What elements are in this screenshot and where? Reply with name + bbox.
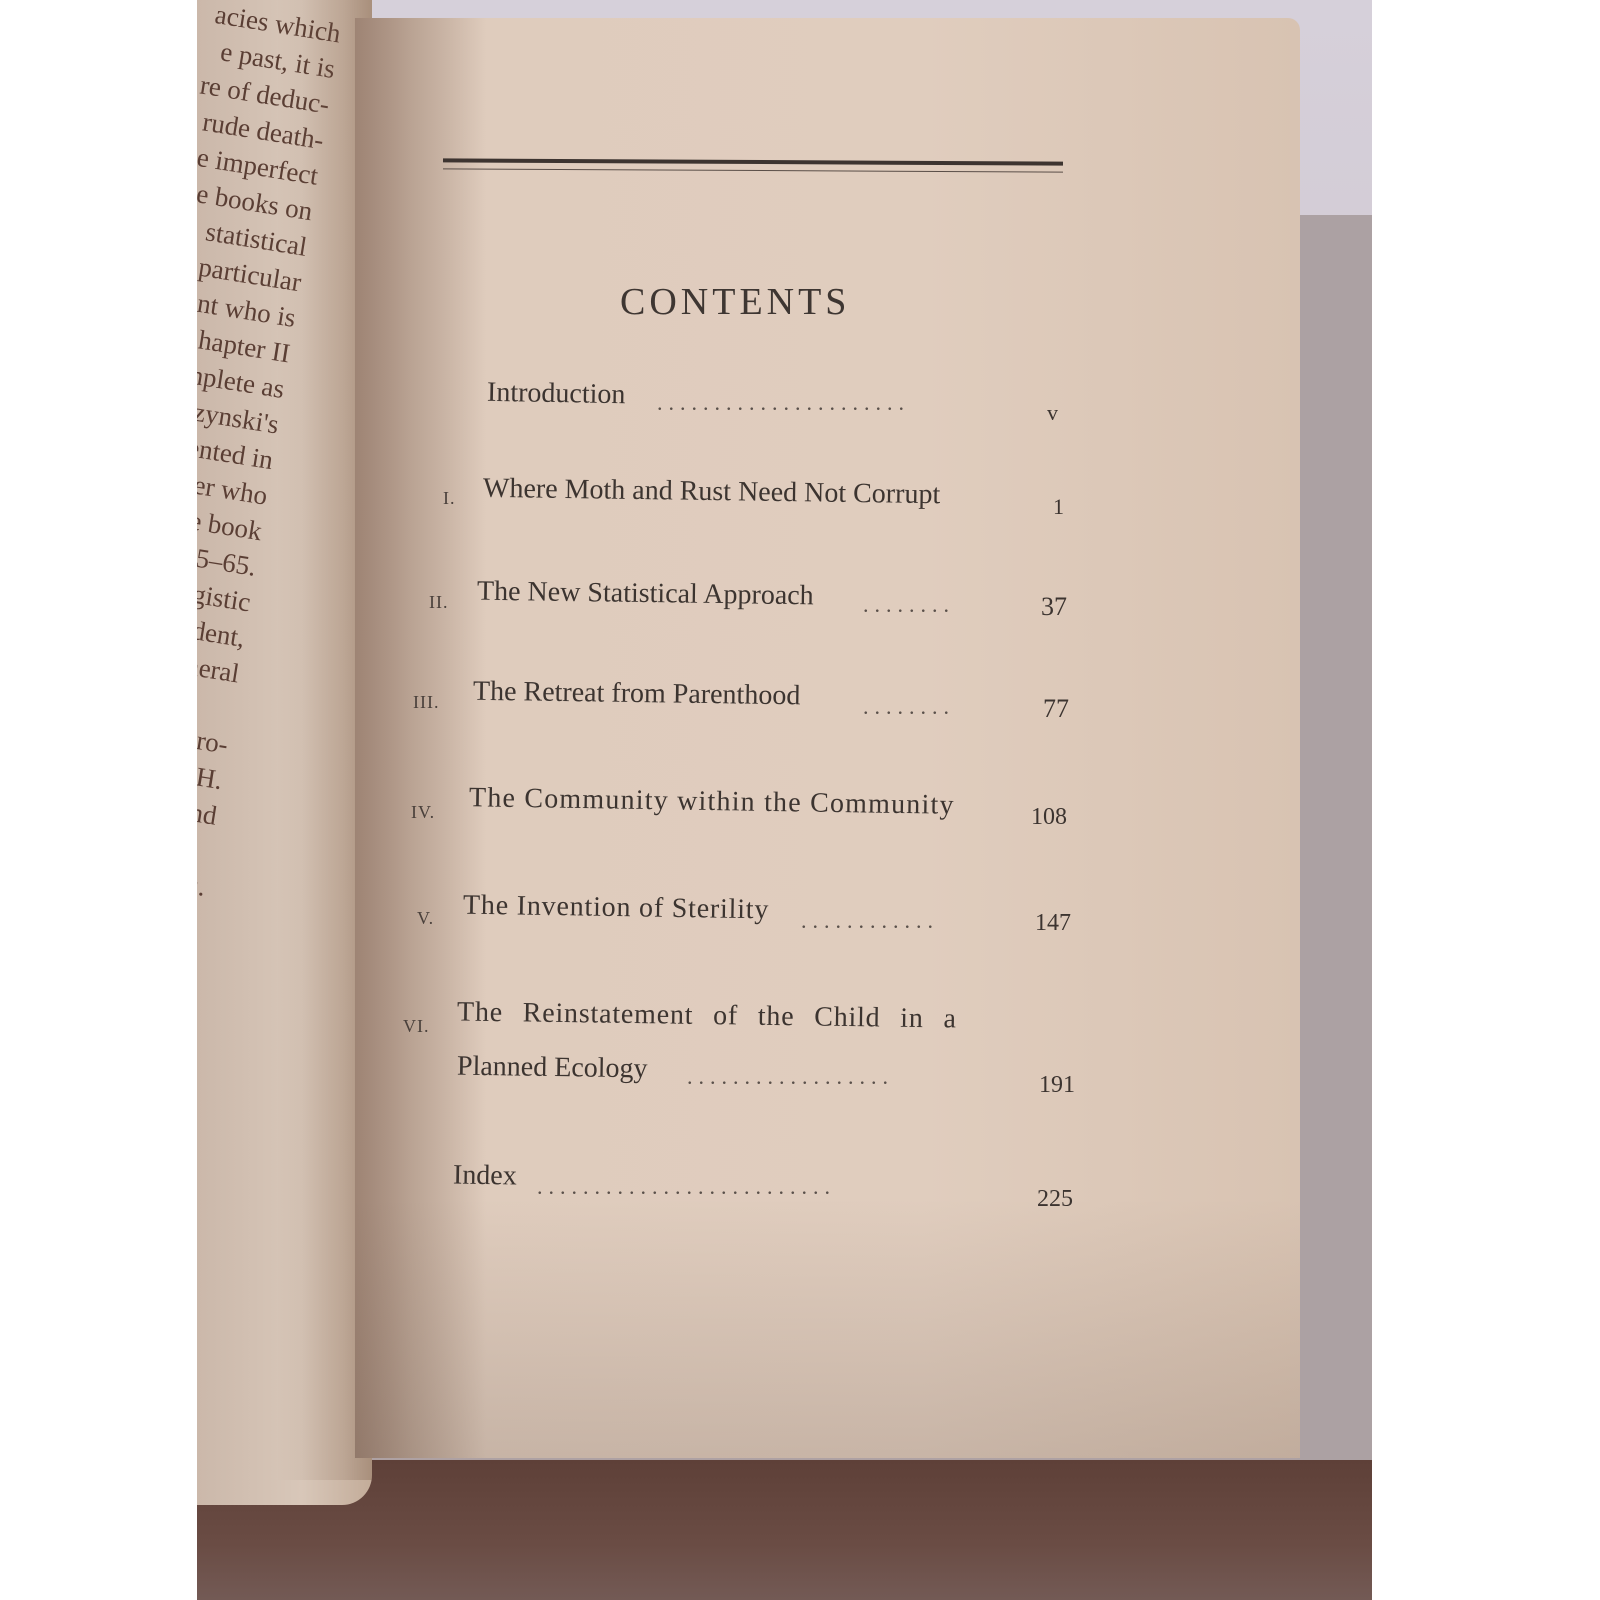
toc-leader-dots: .................. <box>687 1064 894 1090</box>
book-shadow <box>1297 215 1372 1475</box>
header-rule-thick <box>443 158 1063 165</box>
chapter-number: I. <box>443 488 456 509</box>
toc-leader-dots: ........ <box>863 592 955 618</box>
toc-page-number: 77 <box>1043 694 1069 724</box>
chapter-number: III. <box>413 692 439 713</box>
toc-title: The New Statistical Approach <box>477 576 814 613</box>
chapter-number: VI. <box>403 1016 430 1037</box>
toc-title: The Retreat from Parenthood <box>473 676 801 713</box>
toc-title: The Community within the Community <box>469 782 955 822</box>
left-page: acies which e past, it is re of deduc- r… <box>197 0 372 1505</box>
toc-title-line2: Planned Ecology <box>457 1051 648 1086</box>
header-rule-thin <box>443 168 1063 172</box>
table-surface <box>197 1460 1372 1600</box>
toc-page-number: 1 <box>1053 494 1064 520</box>
toc-title: The Invention of Sterility <box>463 890 770 927</box>
toc-page-number: v <box>1047 400 1058 426</box>
toc-page-number: 147 <box>1035 910 1071 937</box>
page-title: CONTENTS <box>620 280 850 324</box>
book-photo: acies which e past, it is re of deduc- r… <box>197 0 1372 1600</box>
toc-leader-dots: ........ <box>863 694 955 720</box>
toc-leader-dots: ...................... <box>657 390 910 416</box>
toc-leader-dots: ............ <box>801 908 939 934</box>
toc-page-number: 191 <box>1039 1072 1075 1099</box>
chapter-number: IV. <box>411 802 435 823</box>
toc-title: The Reinstatement of the Child in a <box>457 997 957 1036</box>
toc-title: Where Moth and Rust Need Not Corrupt <box>483 473 941 511</box>
page-shade <box>355 1198 1300 1458</box>
toc-leader-dots: .......................... <box>537 1174 836 1200</box>
toc-page-number: 108 <box>1031 804 1067 831</box>
chapter-number: V. <box>417 908 434 929</box>
toc-title: Introduction <box>487 377 626 411</box>
toc-page-number: 225 <box>1037 1186 1073 1213</box>
right-page: CONTENTS Introduction ..................… <box>355 18 1300 1458</box>
toc-page-number: 37 <box>1041 592 1067 622</box>
chapter-number: II. <box>429 592 449 613</box>
toc-title: Index <box>453 1159 517 1192</box>
